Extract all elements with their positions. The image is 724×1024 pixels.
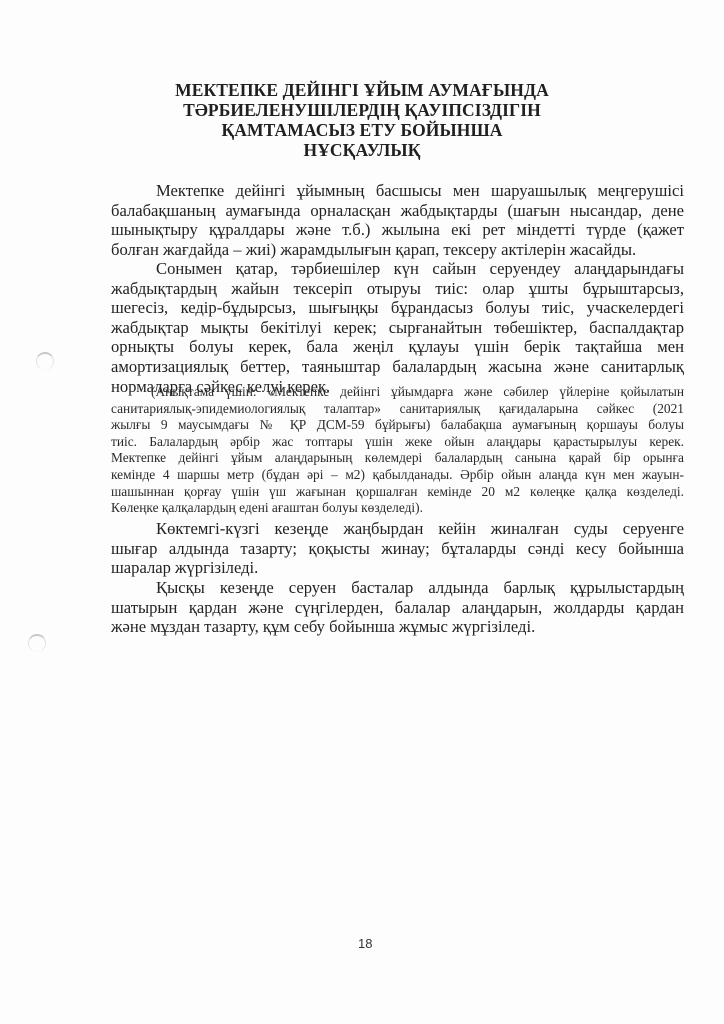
title-line: НҰСҚАУЛЫҚ [150, 140, 574, 160]
text-line: амортизациялық беттер, таяныштар балалар… [111, 357, 684, 377]
reference-note: (Анықтама үшін: «Мектепке дейінгі ұйымда… [111, 384, 684, 517]
text-line: жабдықтардың жайын тексеріп отыруы тиіс:… [111, 279, 684, 299]
title-line: МЕКТЕПКЕ ДЕЙІНГІ ҰЙЫМ АУМАҒЫНДА [150, 80, 574, 100]
title-line: ҚАМТАМАСЫЗ ЕТУ БОЙЫНША [150, 120, 574, 140]
text-line: шегесіз, кедір-бұдырсыз, шығыңқы бұранда… [111, 298, 684, 318]
text-line: санитариялық-эпидемиологиялық талаптар» … [111, 401, 684, 418]
text-line: Сонымен қатар, тәрбиешілер күн сайын сер… [111, 259, 684, 279]
text-line: шашыннан қорғау үшін үш жағынан қоршалға… [111, 484, 684, 501]
page-number: 18 [358, 936, 372, 951]
document-page: МЕКТЕПКЕ ДЕЙІНГІ ҰЙЫМ АУМАҒЫНДА ТӘРБИЕЛЕ… [0, 0, 724, 1024]
text-line: жылғы 9 маусымдағы № ҚР ДСМ-59 бұйрығы) … [111, 417, 684, 434]
punch-hole-mark [28, 634, 46, 652]
text-line: шатырын қардан және сүңгілерден, балалар… [111, 598, 684, 618]
punch-hole-mark [36, 352, 54, 370]
paragraph-daily-checks: Сонымен қатар, тәрбиешілер күн сайын сер… [111, 259, 684, 396]
text-line: және мұздан тазарту, құм себу бойынша жұ… [111, 617, 684, 637]
text-line: Көлеңке қалқалардың едені ағаштан болуы … [111, 500, 684, 517]
text-line: шығар алдында тазарту; қоқысты жинау; бұ… [111, 539, 684, 559]
text-line: болған жағдайда – жиі) жарамдылығын қара… [111, 240, 684, 260]
text-line: орнықты болуы керек, бала жеңіл құлауы ү… [111, 337, 684, 357]
text-line: шынықтыру құралдары және т.б.) жылына ек… [111, 220, 684, 240]
text-line: жабдықтар мықты бекітілуі керек; сырғана… [111, 318, 684, 338]
text-line: балабақшаның аумағында орналасқан жабдық… [111, 201, 684, 221]
text-line: Көктемгі-күзгі кезеңде жаңбырдан кейін ж… [111, 519, 684, 539]
paragraph-spring-autumn: Көктемгі-күзгі кезеңде жаңбырдан кейін ж… [111, 519, 684, 578]
text-line: Қысқы кезеңде серуен басталар алдында ба… [111, 578, 684, 598]
title-line: ТӘРБИЕЛЕНУШІЛЕРДІҢ ҚАУІПСІЗДІГІН [150, 100, 574, 120]
paragraph-inspection-acts: Мектепке дейінгі ұйымның басшысы мен шар… [111, 181, 684, 259]
text-line: тиіс. Балалардың әрбір жас топтары үшін … [111, 434, 684, 451]
text-line: шаралар жүргізіледі. [111, 558, 684, 578]
text-line: Мектепке дейінгі ұйымның басшысы мен шар… [111, 181, 684, 201]
text-line: кемінде 4 шаршы метр (бұдан әрі – м2) қа… [111, 467, 684, 484]
document-title: МЕКТЕПКЕ ДЕЙІНГІ ҰЙЫМ АУМАҒЫНДА ТӘРБИЕЛЕ… [150, 80, 574, 160]
text-line: Мектепке дейінгі ұйым алаңдарының көлемд… [111, 450, 684, 467]
paragraph-winter: Қысқы кезеңде серуен басталар алдында ба… [111, 578, 684, 637]
text-line: (Анықтама үшін: «Мектепке дейінгі ұйымда… [111, 384, 684, 401]
